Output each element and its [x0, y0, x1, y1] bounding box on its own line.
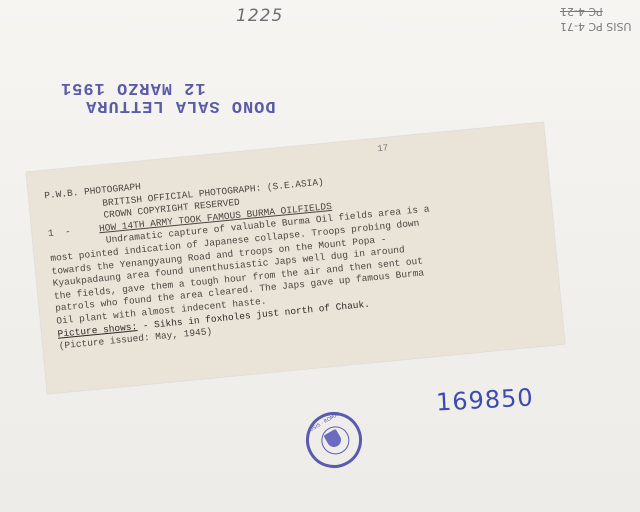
handwritten-number: 1225 [236, 6, 283, 26]
slip-page-number: 17 [377, 143, 389, 154]
donation-stamp-line2: 12 MARZO 1951 [60, 78, 276, 96]
corner-note-line2: PC 4-21 [560, 4, 632, 19]
donation-stamp: DONO SALA LETTURA 12 MARZO 1951 [60, 78, 276, 114]
donation-stamp-line1: DONO SALA LETTURA [60, 96, 276, 114]
photo-back-sheet: 1225 USIS PC 4-71 PC 4-21 DONO SALA LETT… [0, 0, 640, 512]
item-number: 1 - [47, 226, 71, 239]
caption-slip: 17 P.W.B. PHOTOGRAPH BRITISH OFFICIAL PH… [26, 122, 565, 394]
typed-caption: P.W.B. PHOTOGRAPH BRITISH OFFICIAL PHOTO… [44, 154, 440, 354]
accession-number: 169850 [435, 383, 534, 416]
corner-note-line1: USIS PC 4-71 [560, 19, 632, 34]
handwritten-corner-note: USIS PC 4-71 PC 4-21 [560, 4, 632, 34]
institution-seal: USIS · ROMA [296, 402, 372, 478]
